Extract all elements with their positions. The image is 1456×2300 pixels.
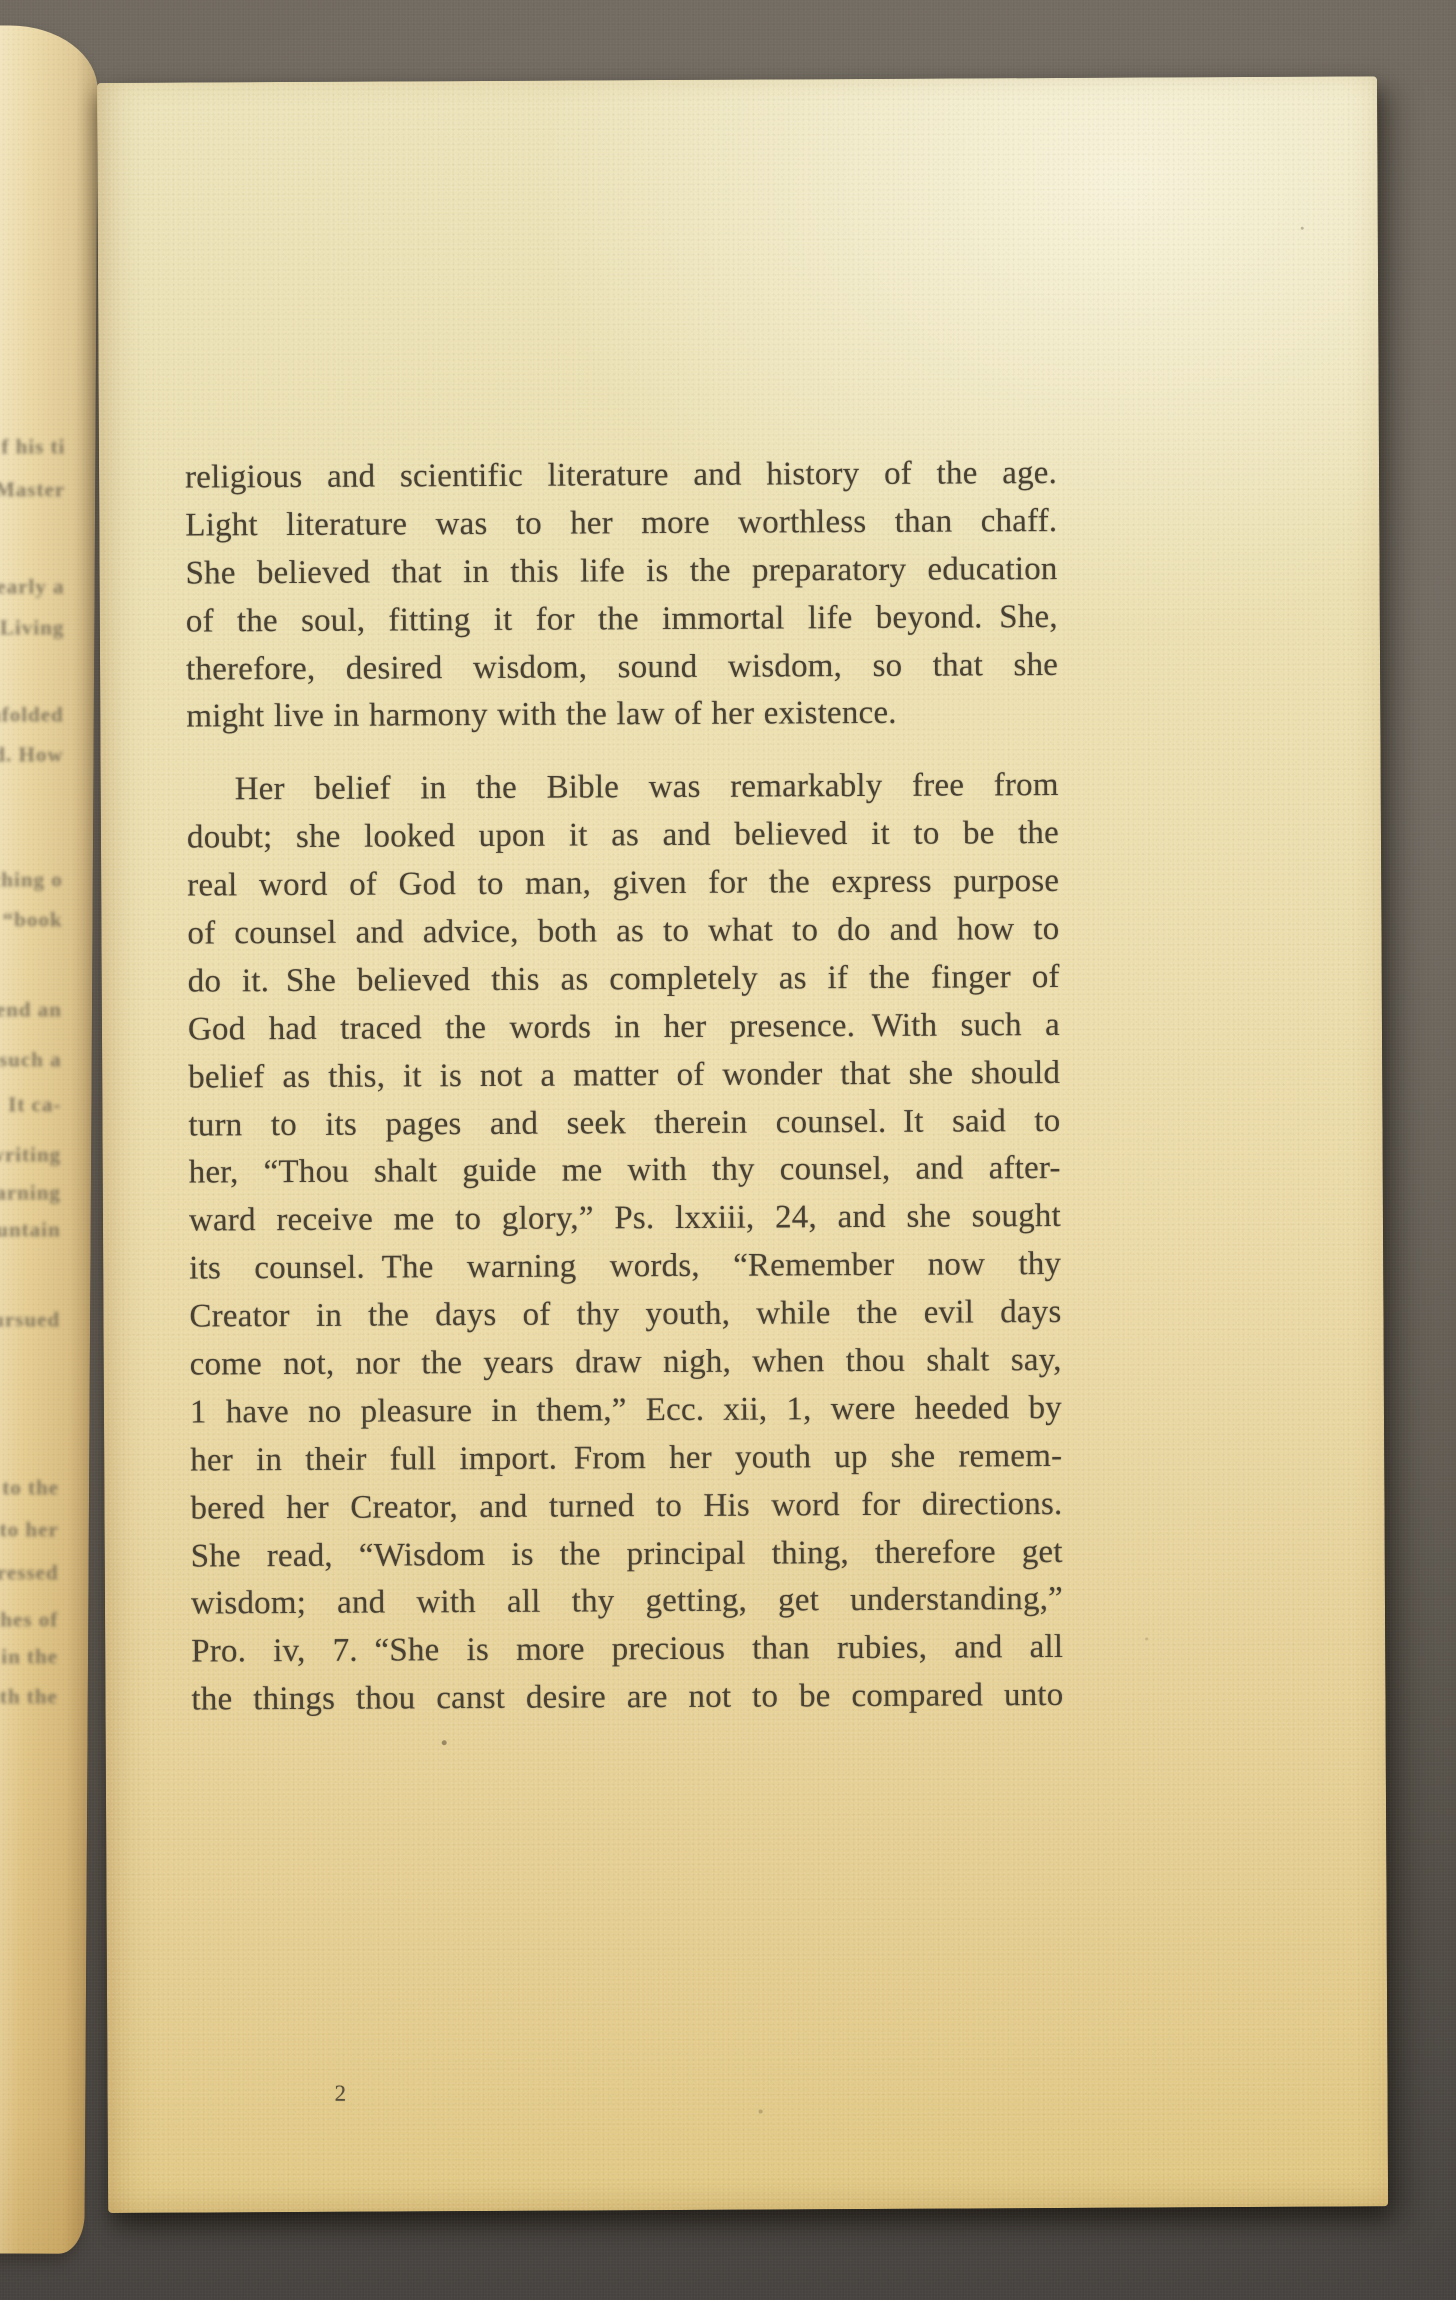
paper-speck [442,1740,447,1745]
text-line: Creator in the days of thy youth, while … [189,1289,1061,1341]
text-line: She believed that in this life is the pr… [185,546,1057,598]
text-line: of counsel and advice, both as to what t… [187,906,1059,958]
text-line: belief as this, it is not a matter of wo… [188,1050,1060,1102]
text-line: Pro. iv, 7. “She is more precious than r… [191,1624,1063,1676]
text-line: religious and scientific literature and … [185,450,1057,502]
photo-backdrop: f his tir Masterit early ahe Livingunfol… [0,0,1456,2300]
paragraph-continuation: religious and scientific literature and … [185,450,1058,742]
paper-speck [1301,227,1304,230]
text-line: real word of God to man, given for the e… [187,858,1059,910]
text-line: bered her Creator, and turned to His wor… [190,1481,1062,1533]
signature-mark: 2 [334,2081,346,2107]
gutter-bleed-fragment: in the [0,1641,58,1671]
text-line: of the soul, fitting it for the immortal… [186,594,1058,646]
gutter-bleed-fragment: writing [0,1139,61,1169]
paper-speck [759,2110,763,2114]
gutter-bleed-fragment: n to the [0,1472,59,1502]
gutter-bleed-fragment: pursued [0,1304,60,1334]
text-line: come not, nor the years draw nigh, when … [190,1337,1062,1389]
text-line: ward receive me to glory,” Ps. lxxiii, 2… [189,1193,1061,1245]
text-line: God had traced the words in her presence… [188,1002,1060,1054]
text-line: Light literature was to her more worthle… [185,498,1057,550]
text-line: the things thou canst desire are not to … [191,1672,1063,1724]
text-line: might live in harmony with the law of he… [186,689,1058,741]
gutter-bleed-fragment: learning [0,1177,61,1207]
book-page: religious and scientific literature and … [97,76,1388,2213]
previous-page-edge: f his tir Masterit early ahe Livingunfol… [0,25,98,2254]
paragraph-her-belief: Her belief in the Bible was remarkably f… [187,762,1064,1724]
text-line: She read, “Wisdom is the principal thing… [191,1529,1063,1581]
text-line: turn to its pages and seek therein couns… [188,1098,1060,1150]
gutter-bleed-fragment: d to her [0,1514,59,1544]
text-line: its counsel. The warning words, “Remembe… [189,1241,1061,1293]
gutter-bleed-fragment: attend an [0,994,62,1024]
page-text-block: religious and scientific literature and … [185,450,1064,1725]
text-line: doubt; she looked upon it as and believe… [187,810,1059,862]
text-line: 1 have no pleasure in them,” Ecc. xii, 1… [190,1385,1062,1437]
gutter-bleed-fragment: uches of [0,1604,58,1634]
gutter-bleed-fragment: aching o [0,864,63,894]
gutter-bleed-fragment: he Living [0,612,64,642]
text-line: do it. She believed this as completely a… [188,954,1060,1006]
text-line: therefore, desired wisdom, sound wisdom,… [186,642,1058,694]
gutter-bleed-fragment: d. How [0,739,64,769]
gutter-bleed-fragment: with the [0,1681,58,1711]
gutter-bleed-fragment: f his ti [0,431,65,461]
paper-speck [342,1022,345,1025]
gutter-bleed-fragment: ggressed [0,1557,59,1587]
gutter-bleed-fragment: it early a [0,571,65,601]
gutter-bleed-fragment: e such a [0,1044,62,1074]
gutter-bleed-fragment: he “book [0,904,63,934]
gutter-bleed-fragment: It ca- [0,1089,61,1119]
gutter-bleed-fragment: unfolded [0,699,64,729]
gutter-bleed-fragment: fountain [0,1214,61,1244]
text-line: Her belief in the Bible was remarkably f… [187,762,1059,814]
text-line: her, “Thou shalt guide me with thy couns… [189,1145,1061,1197]
paper-speck [1145,1638,1148,1641]
text-line: her in their full import. From her youth… [190,1433,1062,1485]
text-line: wisdom; and with all thy getting, get un… [191,1576,1063,1628]
gutter-bleed-fragment: r Master [0,474,65,504]
